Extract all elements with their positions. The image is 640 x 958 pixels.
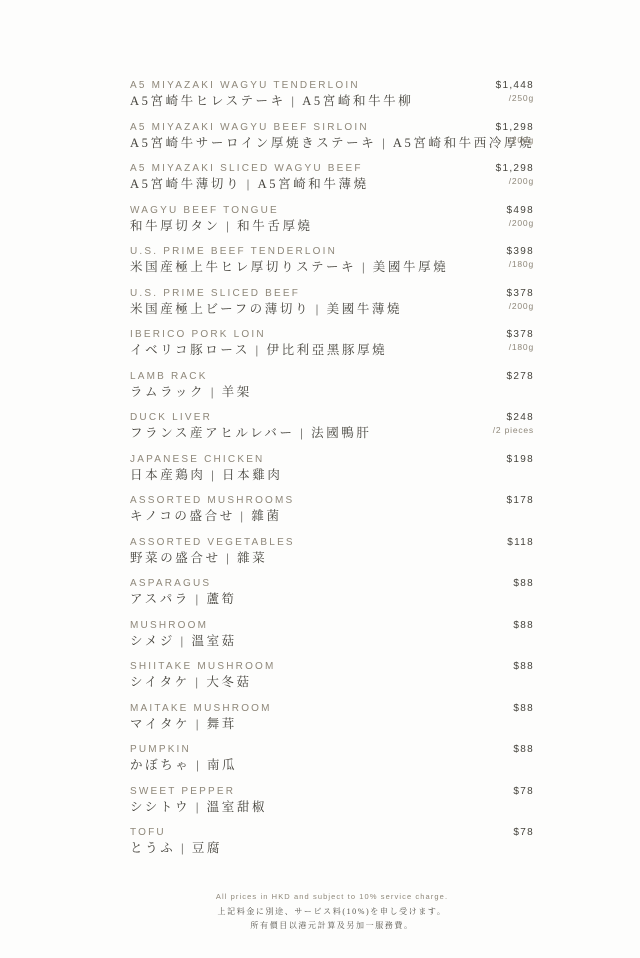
menu-item-names: U.S. PRIME SLICED BEEF 米国産極上ビーフの薄切り | 美國…	[130, 286, 402, 318]
menu-item-pricing: $398 /180g	[495, 244, 534, 270]
menu-item: MUSHROOM シメジ | 溫室菇 $88	[130, 618, 534, 650]
menu-item-names: IBERICO PORK LOIN イベリコ豚ロース | 伊比利亞黑豚厚燒	[130, 327, 387, 359]
menu-item: TOFU とうふ | 豆腐 $78	[130, 825, 534, 857]
menu-item: MAITAKE MUSHROOM マイタケ | 舞茸 $88	[130, 701, 534, 733]
menu-item-pricing: $88	[501, 618, 534, 633]
menu-item: A5 MIYAZAKI WAGYU BEEF SIRLOIN A5宮崎牛サーロイ…	[130, 120, 534, 152]
menu-item-price: $378	[507, 286, 534, 301]
menu-item-pricing: $78	[501, 784, 534, 799]
menu-item-price: $278	[507, 369, 534, 384]
menu-item-name-local: イベリコ豚ロース | 伊比利亞黑豚厚燒	[130, 342, 387, 359]
footer-note-japanese: 上記料金に別途、サービス料(10%)を申し受けます。	[130, 907, 534, 917]
menu-item-name-en: TOFU	[130, 825, 222, 840]
menu-item: PUMPKIN かぼちゃ | 南瓜 $88	[130, 742, 534, 774]
menu-item-name-en: IBERICO PORK LOIN	[130, 327, 387, 342]
menu-item-name-en: WAGYU BEEF TONGUE	[130, 203, 313, 218]
menu-item-names: ASSORTED VEGETABLES 野菜の盛合せ | 雜菜	[130, 535, 295, 567]
menu-item-price: $1,448	[496, 78, 534, 93]
menu-item-unit: /200g	[496, 135, 534, 146]
menu-item-price: $78	[513, 825, 534, 840]
menu-item-pricing: $1,298 /200g	[484, 161, 534, 187]
menu-item-name-en: A5 MIYAZAKI SLICED WAGYU BEEF	[130, 161, 369, 176]
menu-item: ASPARAGUS アスパラ | 蘆筍 $88	[130, 576, 534, 608]
menu-item-pricing: $118	[495, 535, 534, 550]
menu-item-name-en: MAITAKE MUSHROOM	[130, 701, 272, 716]
menu-item-name-local: アスパラ | 蘆筍	[130, 591, 237, 608]
footer-note-chinese: 所有價目以港元計算及另加一服務費。	[130, 921, 534, 931]
menu-item: SHIITAKE MUSHROOM シイタケ | 大冬菇 $88	[130, 659, 534, 691]
menu-item-pricing: $1,298 /200g	[484, 120, 534, 146]
menu-item-unit: /200g	[496, 176, 534, 187]
menu-item-price: $178	[507, 493, 534, 508]
menu-item-price: $498	[507, 203, 534, 218]
menu-item-names: MUSHROOM シメジ | 溫室菇	[130, 618, 237, 650]
menu-item-pricing: $378 /180g	[495, 327, 534, 353]
menu-item-name-en: U.S. PRIME BEEF TENDERLOIN	[130, 244, 448, 259]
menu-item-price: $88	[513, 576, 534, 591]
menu-item-names: DUCK LIVER フランス産アヒルレバー | 法國鴨肝	[130, 410, 372, 442]
menu-item-pricing: $498 /200g	[495, 203, 534, 229]
menu-item: LAMB RACK ラムラック | 羊架 $278	[130, 369, 534, 401]
menu-item: JAPANESE CHICKEN 日本産鶏肉 | 日本雞肉 $198	[130, 452, 534, 484]
menu-item-pricing: $178	[495, 493, 534, 508]
menu-item-name-local: 野菜の盛合せ | 雜菜	[130, 550, 295, 567]
menu-item: WAGYU BEEF TONGUE 和牛厚切タン | 和牛舌厚燒 $498 /2…	[130, 203, 534, 235]
menu-item-name-local: かぼちゃ | 南瓜	[130, 757, 237, 774]
menu-item-unit: /180g	[507, 259, 534, 270]
menu-item-name-local: 米国産極上ビーフの薄切り | 美國牛薄燒	[130, 301, 402, 318]
menu-item-unit: /180g	[507, 342, 534, 353]
footer-note-english: All prices in HKD and subject to 10% ser…	[130, 892, 534, 901]
menu-item-names: ASSORTED MUSHROOMS キノコの盛合せ | 雜菌	[130, 493, 294, 525]
menu-item-name-en: ASPARAGUS	[130, 576, 237, 591]
menu-item-names: A5 MIYAZAKI WAGYU BEEF SIRLOIN A5宮崎牛サーロイ…	[130, 120, 484, 152]
menu-item-name-local: フランス産アヒルレバー | 法國鴨肝	[130, 425, 372, 442]
menu-item: U.S. PRIME SLICED BEEF 米国産極上ビーフの薄切り | 美國…	[130, 286, 534, 318]
menu-item-names: U.S. PRIME BEEF TENDERLOIN 米国産極上牛ヒレ厚切りステ…	[130, 244, 448, 276]
menu-item-price: $248	[493, 410, 534, 425]
menu-item-pricing: $88	[501, 701, 534, 716]
menu-item: U.S. PRIME BEEF TENDERLOIN 米国産極上牛ヒレ厚切りステ…	[130, 244, 534, 276]
menu-item-name-en: A5 MIYAZAKI WAGYU BEEF SIRLOIN	[130, 120, 484, 135]
menu-item-name-en: SHIITAKE MUSHROOM	[130, 659, 276, 674]
menu-item-price: $378	[507, 327, 534, 342]
menu-item-name-en: ASSORTED MUSHROOMS	[130, 493, 294, 508]
menu-item-names: SWEET PEPPER シシトウ | 溫室甜椒	[130, 784, 267, 816]
menu-item-name-en: PUMPKIN	[130, 742, 237, 757]
menu-item-name-local: とうふ | 豆腐	[130, 840, 222, 857]
menu-item-pricing: $278	[495, 369, 534, 384]
menu-item-price: $198	[507, 452, 534, 467]
menu-item-names: WAGYU BEEF TONGUE 和牛厚切タン | 和牛舌厚燒	[130, 203, 313, 235]
menu-item-names: MAITAKE MUSHROOM マイタケ | 舞茸	[130, 701, 272, 733]
menu-item-name-local: 日本産鶏肉 | 日本雞肉	[130, 467, 282, 484]
menu-item-names: ASPARAGUS アスパラ | 蘆筍	[130, 576, 237, 608]
menu-item-name-local: シイタケ | 大冬菇	[130, 674, 276, 691]
menu-item-names: LAMB RACK ラムラック | 羊架	[130, 369, 252, 401]
menu-item-price: $88	[513, 659, 534, 674]
menu-item-name-en: SWEET PEPPER	[130, 784, 267, 799]
menu-item: IBERICO PORK LOIN イベリコ豚ロース | 伊比利亞黑豚厚燒 $3…	[130, 327, 534, 359]
menu-item-unit: /200g	[507, 218, 534, 229]
menu-item: DUCK LIVER フランス産アヒルレバー | 法國鴨肝 $248 /2 pi…	[130, 410, 534, 442]
menu-item-pricing: $198	[495, 452, 534, 467]
menu-item-pricing: $378 /200g	[495, 286, 534, 312]
menu-item-name-local: シシトウ | 溫室甜椒	[130, 799, 267, 816]
menu-item-names: A5 MIYAZAKI WAGYU TENDERLOIN A5宮崎牛ヒレステーキ…	[130, 78, 413, 110]
menu-item-name-local: 和牛厚切タン | 和牛舌厚燒	[130, 218, 313, 235]
menu-item-name-local: マイタケ | 舞茸	[130, 716, 272, 733]
menu-item-names: PUMPKIN かぼちゃ | 南瓜	[130, 742, 237, 774]
menu-item-name-en: LAMB RACK	[130, 369, 252, 384]
menu-item-pricing: $248 /2 pieces	[481, 410, 534, 436]
menu-page: A5 MIYAZAKI WAGYU TENDERLOIN A5宮崎牛ヒレステーキ…	[0, 0, 640, 958]
menu-item-names: SHIITAKE MUSHROOM シイタケ | 大冬菇	[130, 659, 276, 691]
menu-item: ASSORTED MUSHROOMS キノコの盛合せ | 雜菌 $178	[130, 493, 534, 525]
menu-item: SWEET PEPPER シシトウ | 溫室甜椒 $78	[130, 784, 534, 816]
menu-item-name-en: MUSHROOM	[130, 618, 237, 633]
menu-item-name-local: A5宮崎牛サーロイン厚焼きステーキ | A5宮崎和牛西冷厚燒	[130, 135, 484, 152]
menu-item-pricing: $88	[501, 742, 534, 757]
menu-item-price: $1,298	[496, 161, 534, 176]
menu-item-price: $88	[513, 701, 534, 716]
menu-item-pricing: $78	[501, 825, 534, 840]
menu-item-names: A5 MIYAZAKI SLICED WAGYU BEEF A5宮崎牛薄切り |…	[130, 161, 369, 193]
menu-item: A5 MIYAZAKI WAGYU TENDERLOIN A5宮崎牛ヒレステーキ…	[130, 78, 534, 110]
menu-item-price: $118	[507, 535, 534, 550]
menu-item-name-local: A5宮崎牛薄切り | A5宮崎和牛薄燒	[130, 176, 369, 193]
menu-item-name-en: JAPANESE CHICKEN	[130, 452, 282, 467]
menu-item-name-local: シメジ | 溫室菇	[130, 633, 237, 650]
menu-item-price: $88	[513, 742, 534, 757]
menu-item-list: A5 MIYAZAKI WAGYU TENDERLOIN A5宮崎牛ヒレステーキ…	[130, 78, 534, 867]
menu-item-pricing: $88	[501, 576, 534, 591]
menu-item-pricing: $1,448 /250g	[484, 78, 534, 104]
menu-item-price: $88	[513, 618, 534, 633]
menu-item: A5 MIYAZAKI SLICED WAGYU BEEF A5宮崎牛薄切り |…	[130, 161, 534, 193]
menu-item-name-local: ラムラック | 羊架	[130, 384, 252, 401]
menu-item-price: $398	[507, 244, 534, 259]
menu-item-name-local: 米国産極上牛ヒレ厚切りステーキ | 美國牛厚燒	[130, 259, 448, 276]
menu-item-unit: /250g	[496, 93, 534, 104]
menu-item-unit: /2 pieces	[493, 425, 534, 436]
menu-item-name-en: U.S. PRIME SLICED BEEF	[130, 286, 402, 301]
menu-item-name-local: キノコの盛合せ | 雜菌	[130, 508, 294, 525]
menu-item-name-en: DUCK LIVER	[130, 410, 372, 425]
menu-item-names: TOFU とうふ | 豆腐	[130, 825, 222, 857]
menu-item-price: $1,298	[496, 120, 534, 135]
menu-item-price: $78	[513, 784, 534, 799]
menu-item: ASSORTED VEGETABLES 野菜の盛合せ | 雜菜 $118	[130, 535, 534, 567]
menu-item-names: JAPANESE CHICKEN 日本産鶏肉 | 日本雞肉	[130, 452, 282, 484]
menu-item-unit: /200g	[507, 301, 534, 312]
menu-item-pricing: $88	[501, 659, 534, 674]
menu-item-name-local: A5宮崎牛ヒレステーキ | A5宮崎和牛牛柳	[130, 93, 413, 110]
menu-item-name-en: ASSORTED VEGETABLES	[130, 535, 295, 550]
menu-item-name-en: A5 MIYAZAKI WAGYU TENDERLOIN	[130, 78, 413, 93]
menu-footer: All prices in HKD and subject to 10% ser…	[130, 892, 534, 936]
